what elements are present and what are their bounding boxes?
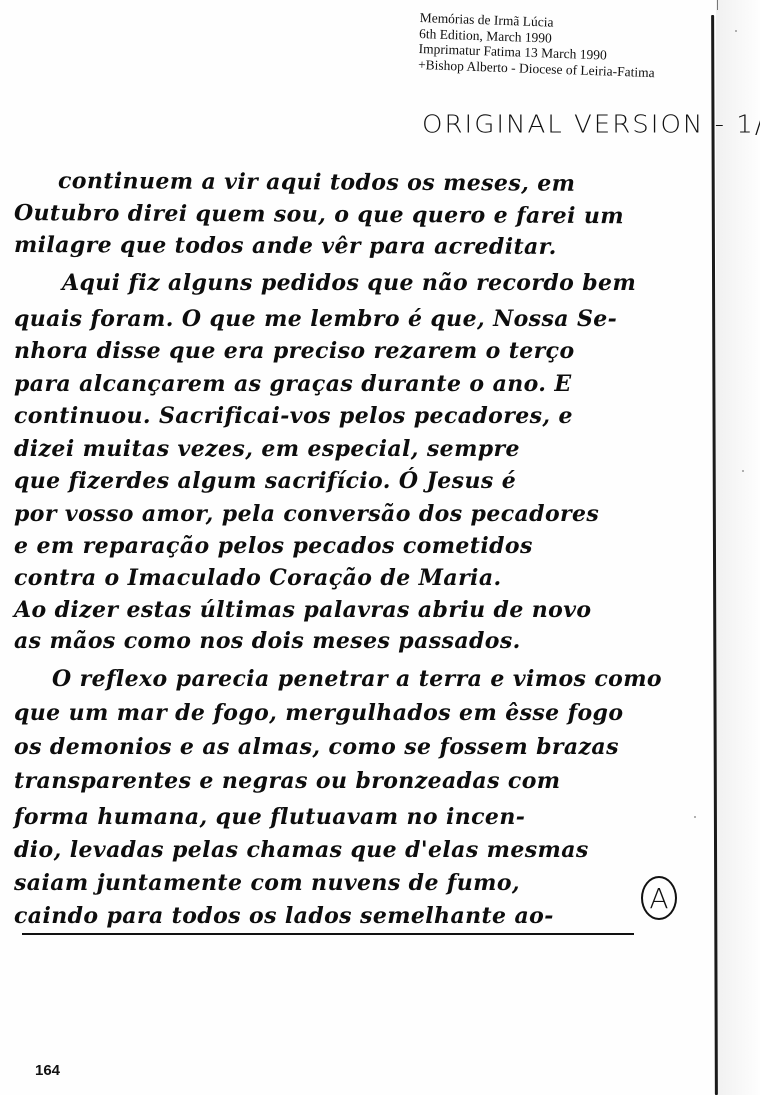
manuscript-page: Memórias de Irmã Lúcia 6th Edition, Marc… (0, 0, 760, 1095)
publication-caption: Memórias de Irmã Lúcia 6th Edition, Marc… (418, 10, 700, 82)
manuscript-line: caindo para todos os lados semelhante ao… (14, 903, 554, 929)
manuscript-line: que um mar de fogo, mergulhados em êsse … (14, 700, 623, 726)
manuscript-line: forma humana, que flutuavam no incen- (14, 804, 525, 830)
manuscript-line: contra o Imaculado Coração de Maria. (14, 565, 502, 591)
manuscript-line: dizei muitas vezes, em especial, sempre (14, 436, 520, 462)
manuscript-line: saiam juntamente com nuvens de fumo, (14, 870, 520, 896)
manuscript-line: Aqui fiz alguns pedidos que não recordo … (62, 270, 636, 296)
manuscript-line: quais foram. O que me lembro é que, Noss… (14, 306, 617, 332)
binding-line-top (717, 0, 718, 10)
page-number: 164 (35, 1062, 60, 1079)
manuscript-line: os demonios e as almas, como se fossem b… (14, 734, 619, 760)
manuscript-line: Outubro direi quem sou, o que quero e fa… (14, 200, 624, 229)
manuscript-line: as mãos como nos dois meses passados. (14, 628, 521, 654)
manuscript-line: que fizerdes algum sacrifício. Ó Jesus é (14, 468, 516, 494)
manuscript-line: Ao dizer estas últimas palavras abriu de… (14, 597, 592, 623)
manuscript-line: dio, levadas pelas chamas que d'elas mes… (14, 837, 589, 863)
manuscript-line: continuem a vir aqui todos os meses, em (58, 168, 575, 197)
binding-shadow (716, 0, 760, 1095)
manuscript-line: transparentes e negras ou bronzeadas com (14, 768, 560, 794)
manuscript-line: O reflexo parecia penetrar a terra e vim… (52, 666, 662, 692)
scan-speck (735, 30, 737, 32)
manuscript-line: por vosso amor, pela conversão dos pecad… (14, 501, 599, 527)
version-label: ORIGINAL VERSION - 1/3 (422, 111, 760, 140)
manuscript-line: e em reparação pelos pecados cometidos (14, 533, 533, 559)
manuscript-line: para alcançarem as graças durante o ano.… (14, 371, 572, 397)
scan-speck (742, 470, 744, 472)
scan-speck (694, 816, 696, 818)
final-line-underline (22, 933, 634, 935)
circled-a-mark-icon: A (641, 876, 677, 920)
manuscript-line: continuou. Sacrificai-vos pelos pecadore… (14, 403, 573, 429)
manuscript-line: nhora disse que era preciso rezarem o te… (14, 338, 575, 364)
manuscript-line: milagre que todos ande vêr para acredita… (14, 232, 557, 260)
